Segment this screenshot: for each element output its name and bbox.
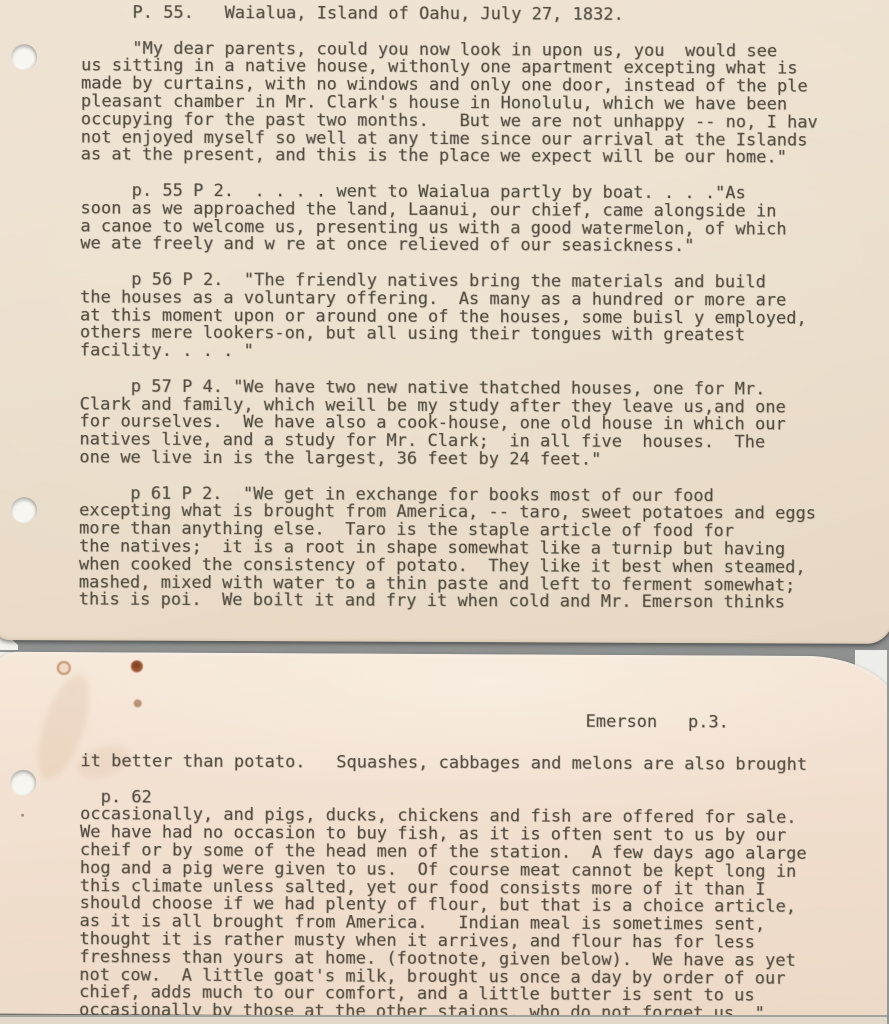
scanned-document: P. 55. Waialua, Island of Oahu, July 27,… [0,0,889,1024]
punch-hole [10,770,36,796]
page-2-text: it better than potato. Squashes, cabbage… [79,753,807,1024]
punch-hole [11,497,37,523]
punch-hole [11,44,37,70]
page-2: Emerson p.3. it better than potato. Squa… [0,652,889,1019]
page-2-header: Emerson p.3. [586,714,729,733]
page-1: P. 55. Waialua, Island of Oahu, July 27,… [0,0,889,644]
stain-spot [134,699,142,707]
page-1-text: P. 55. Waialua, Island of Oahu, July 27,… [79,4,819,612]
stain-spot [131,660,143,672]
next-page-edge [0,1015,889,1024]
dust-speck [21,814,24,817]
stain-ring [57,661,71,675]
